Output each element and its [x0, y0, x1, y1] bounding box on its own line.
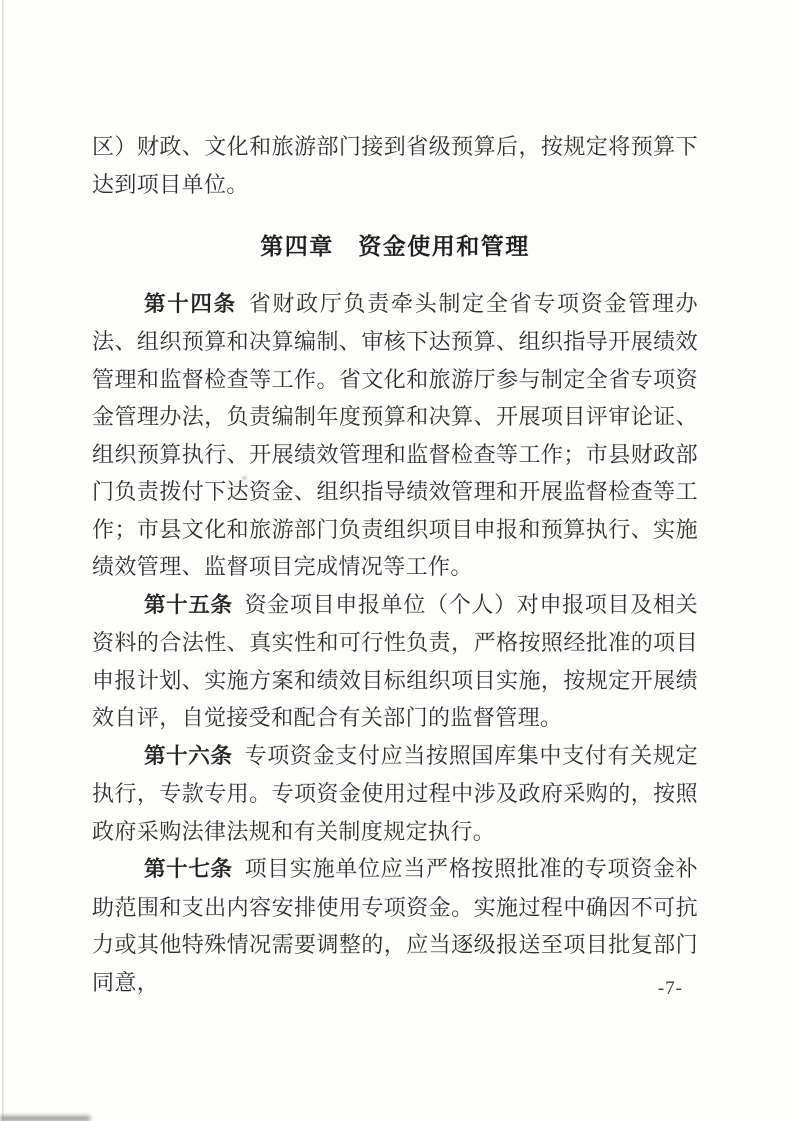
article-15-label: 第十五条 [144, 593, 233, 618]
chapter-heading: 第四章 资金使用和管理 [92, 229, 698, 267]
article-17-paragraph: 第十七条项目实施单位应当严格按照批准的专项资金补助范围和支出内容安排使用专项资金… [92, 850, 698, 1001]
article-14-body: 省财政厅负责牵头制定全省专项资金管理办法、组织预算和决算编制、审核下达预算、组织… [92, 291, 698, 580]
article-16-label: 第十六条 [144, 744, 233, 769]
document-page: 区）财政、文化和旅游部门接到省级预算后，按规定将预算下达到项目单位。 第四章 资… [0, 0, 793, 1121]
article-15-paragraph: 第十五条资金项目申报单位（个人）对申报项目及相关资料的合法性、真实性和可行性负责… [92, 586, 698, 737]
scan-edge-artifact [2, 0, 4, 1121]
article-14-paragraph: 第十四条省财政厅负责牵头制定全省专项资金管理办法、组织预算和决算编制、审核下达预… [92, 285, 698, 586]
article-16-paragraph: 第十六条专项资金支付应当按照国库集中支付有关规定执行，专款专用。专项资金使用过程… [92, 737, 698, 851]
page-number: -7- [658, 978, 683, 1000]
paragraph-continuation: 区）财政、文化和旅游部门接到省级预算后，按规定将预算下达到项目单位。 [92, 128, 698, 203]
article-14-label: 第十四条 [144, 292, 237, 317]
article-17-label: 第十七条 [144, 857, 233, 882]
scan-smudge-artifact [0, 1116, 90, 1121]
document-content: 区）财政、文化和旅游部门接到省级预算后，按规定将预算下达到项目单位。 第四章 资… [92, 128, 698, 1001]
